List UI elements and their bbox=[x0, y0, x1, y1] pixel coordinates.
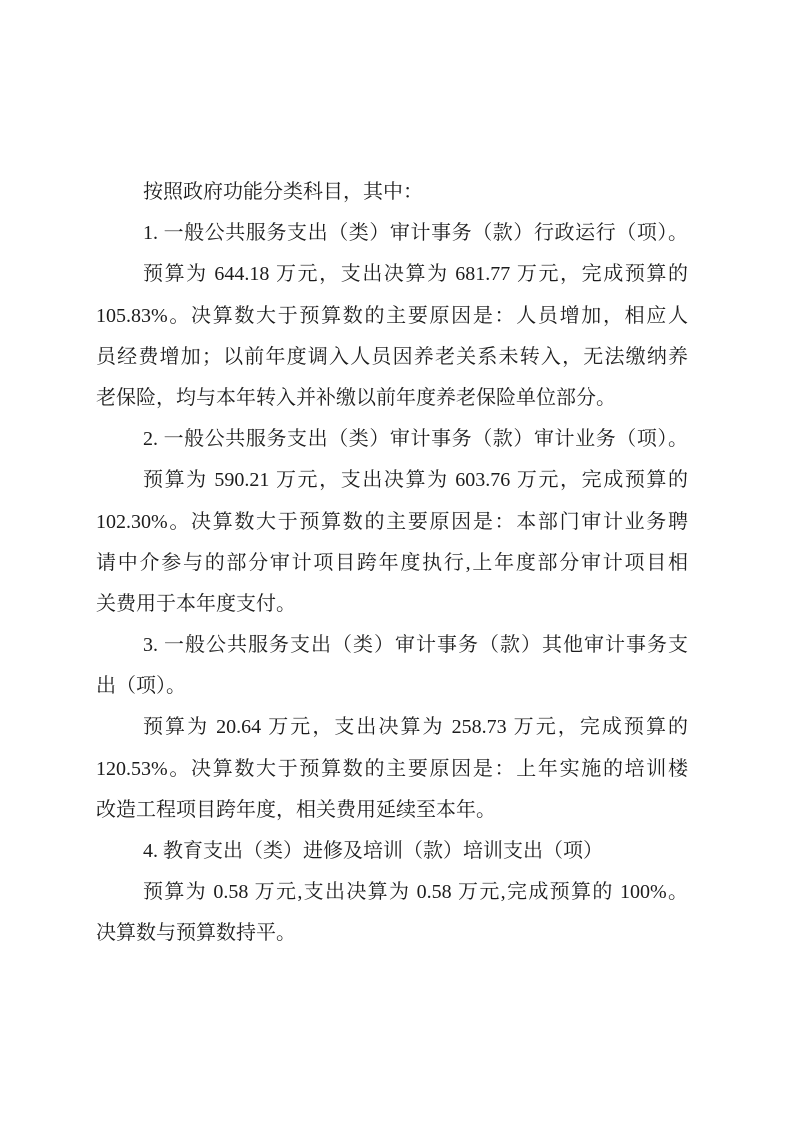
paragraph-intro: 按照政府功能分类科目，其中： bbox=[96, 172, 688, 213]
item-2-body-line-4: 关费用于本年度支付。 bbox=[96, 584, 688, 625]
item-2-heading-line: 2. 一般公共服务支出（类）审计事务（款）审计业务（项）。 bbox=[96, 419, 688, 460]
item-2-body-line-3: 请中介参与的部分审计项目跨年度执行,上年度部分审计项目相 bbox=[96, 543, 688, 584]
item-3-body-line-1: 预算为 20.64 万元，支出决算为 258.73 万元，完成预算的 bbox=[96, 707, 688, 748]
item-1-heading-line: 1. 一般公共服务支出（类）审计事务（款）行政运行（项）。 bbox=[96, 213, 688, 254]
paragraph-item-1-body: 预算为 644.18 万元，支出决算为 681.77 万元，完成预算的 105.… bbox=[96, 254, 688, 419]
item-1-body-line-1: 预算为 644.18 万元，支出决算为 681.77 万元，完成预算的 bbox=[96, 254, 688, 295]
item-4-body-line-1: 预算为 0.58 万元,支出决算为 0.58 万元,完成预算的 100%。 bbox=[96, 872, 688, 913]
item-2-body-line-2: 102.30%。决算数大于预算数的主要原因是：本部门审计业务聘 bbox=[96, 502, 688, 543]
item-1-body-line-2: 105.83%。决算数大于预算数的主要原因是：人员增加，相应人 bbox=[96, 296, 688, 337]
paragraph-item-1-heading: 1. 一般公共服务支出（类）审计事务（款）行政运行（项）。 bbox=[96, 213, 688, 254]
item-4-body-line-2: 决算数与预算数持平。 bbox=[96, 913, 688, 954]
paragraph-item-2-body: 预算为 590.21 万元，支出决算为 603.76 万元，完成预算的 102.… bbox=[96, 460, 688, 625]
document-page: 按照政府功能分类科目，其中： 1. 一般公共服务支出（类）审计事务（款）行政运行… bbox=[0, 0, 793, 1122]
document-text-block: 按照政府功能分类科目，其中： 1. 一般公共服务支出（类）审计事务（款）行政运行… bbox=[96, 172, 688, 955]
intro-line: 按照政府功能分类科目，其中： bbox=[96, 172, 688, 213]
item-1-body-line-3: 员经费增加；以前年度调入人员因养老关系未转入，无法缴纳养 bbox=[96, 337, 688, 378]
item-3-body-line-2: 120.53%。决算数大于预算数的主要原因是：上年实施的培训楼 bbox=[96, 749, 688, 790]
item-3-heading-line-1: 3. 一般公共服务支出（类）审计事务（款）其他审计事务支 bbox=[96, 625, 688, 666]
item-3-heading-line-2: 出（项）。 bbox=[96, 666, 688, 707]
item-1-body-line-4: 老保险，均与本年转入并补缴以前年度养老保险单位部分。 bbox=[96, 378, 688, 419]
paragraph-item-3-heading: 3. 一般公共服务支出（类）审计事务（款）其他审计事务支 出（项）。 bbox=[96, 625, 688, 707]
paragraph-item-2-heading: 2. 一般公共服务支出（类）审计事务（款）审计业务（项）。 bbox=[96, 419, 688, 460]
paragraph-item-4-heading: 4. 教育支出（类）进修及培训（款）培训支出（项） bbox=[96, 831, 688, 872]
item-3-body-line-3: 改造工程项目跨年度，相关费用延续至本年。 bbox=[96, 790, 688, 831]
paragraph-item-4-body: 预算为 0.58 万元,支出决算为 0.58 万元,完成预算的 100%。 决算… bbox=[96, 872, 688, 954]
item-4-heading-line: 4. 教育支出（类）进修及培训（款）培训支出（项） bbox=[96, 831, 688, 872]
item-2-body-line-1: 预算为 590.21 万元，支出决算为 603.76 万元，完成预算的 bbox=[96, 460, 688, 501]
paragraph-item-3-body: 预算为 20.64 万元，支出决算为 258.73 万元，完成预算的 120.5… bbox=[96, 707, 688, 831]
